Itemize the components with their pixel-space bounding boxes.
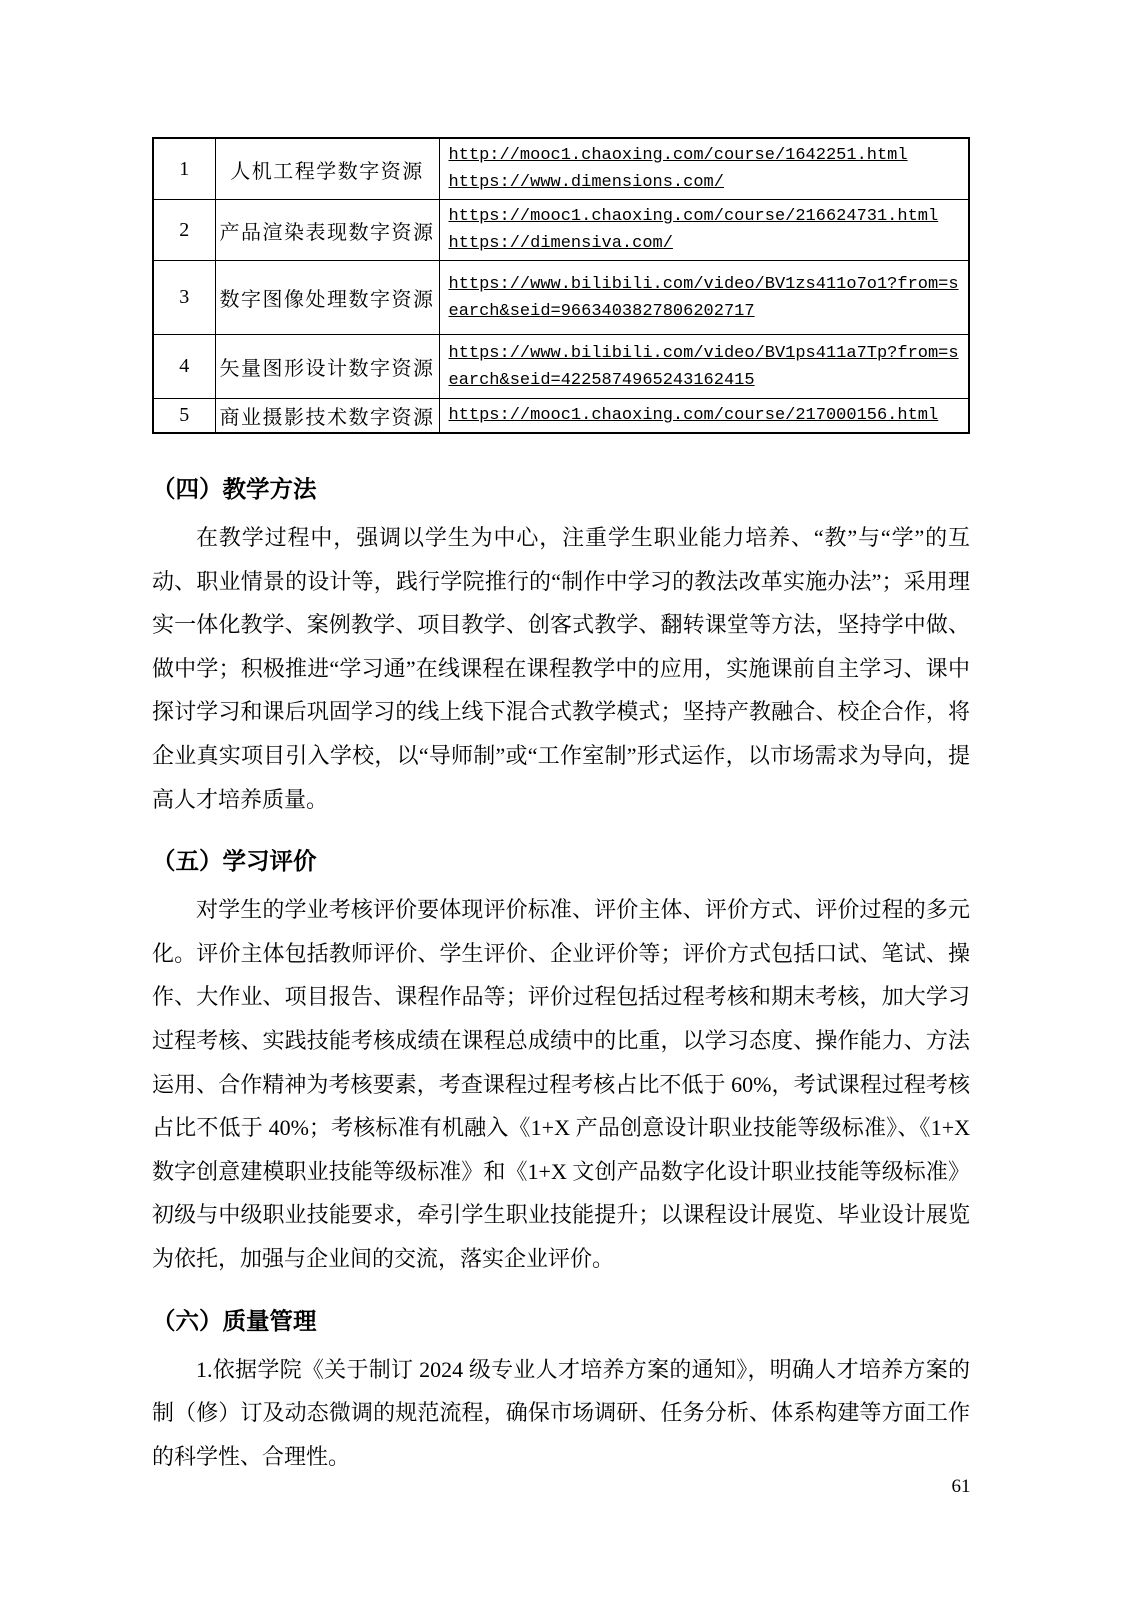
digital-resources-table: 1 人机工程学数字资源 http://mooc1.chaoxing.com/co… [152,137,970,434]
resource-url-link[interactable]: http://mooc1.chaoxing.com/course/1642251… [449,142,963,169]
section-heading: （四）教学方法 [152,473,970,505]
table-row: 3 数字图像处理数字资源 https://www.bilibili.com/vi… [153,261,969,335]
table-row: 5 商业摄影技术数字资源 https://mooc1.chaoxing.com/… [153,399,969,434]
resource-url-link[interactable]: https://mooc1.chaoxing.com/course/216624… [449,203,963,230]
section-heading: （五）学习评价 [152,845,970,877]
section-heading: （六）质量管理 [152,1305,970,1337]
resource-name-cell: 人机工程学数字资源 [215,138,439,200]
resource-url-link[interactable]: https://www.dimensions.com/ [449,169,963,196]
resource-url-link[interactable]: https://www.bilibili.com/video/BV1zs411o… [449,271,963,325]
resource-url-cell: https://www.bilibili.com/video/BV1zs411o… [439,261,969,335]
table-row: 1 人机工程学数字资源 http://mooc1.chaoxing.com/co… [153,138,969,200]
document-content: 1 人机工程学数字资源 http://mooc1.chaoxing.com/co… [152,137,970,1478]
table-row: 2 产品渲染表现数字资源 https://mooc1.chaoxing.com/… [153,200,969,261]
resource-url-link[interactable]: https://dimensiva.com/ [449,230,963,257]
resource-url-cell: https://mooc1.chaoxing.com/course/217000… [439,399,969,434]
paragraph: 对学生的学业考核评价要体现评价标准、评价主体、评价方式、评价过程的多元化。评价主… [152,888,970,1280]
resource-name-cell: 产品渲染表现数字资源 [215,200,439,261]
table-row: 4 矢量图形设计数字资源 https://www.bilibili.com/vi… [153,335,969,399]
resource-url-cell: https://mooc1.chaoxing.com/course/216624… [439,200,969,261]
document-page: 1 人机工程学数字资源 http://mooc1.chaoxing.com/co… [0,0,1131,1600]
section-quality-management: （六）质量管理 1.依据学院《关于制订 2024 级专业人才培养方案的通知》，明… [152,1305,970,1479]
section-learning-evaluation: （五）学习评价 对学生的学业考核评价要体现评价标准、评价主体、评价方式、评价过程… [152,845,970,1280]
row-index-cell: 4 [153,335,215,399]
resource-url-link[interactable]: https://mooc1.chaoxing.com/course/217000… [449,402,963,429]
resource-name-cell: 商业摄影技术数字资源 [215,399,439,434]
page-number: 61 [941,1476,981,1498]
resource-url-cell: https://www.bilibili.com/video/BV1ps411a… [439,335,969,399]
resource-url-cell: http://mooc1.chaoxing.com/course/1642251… [439,138,969,200]
resource-name-cell: 数字图像处理数字资源 [215,261,439,335]
paragraph: 在教学过程中，强调以学生为中心，注重学生职业能力培养、“教”与“学”的互动、职业… [152,516,970,821]
row-index-cell: 1 [153,138,215,200]
row-index-cell: 3 [153,261,215,335]
resource-name-cell: 矢量图形设计数字资源 [215,335,439,399]
paragraph: 1.依据学院《关于制订 2024 级专业人才培养方案的通知》，明确人才培养方案的… [152,1348,970,1479]
row-index-cell: 2 [153,200,215,261]
section-teaching-methods: （四）教学方法 在教学过程中，强调以学生为中心，注重学生职业能力培养、“教”与“… [152,473,970,821]
resource-url-link[interactable]: https://www.bilibili.com/video/BV1ps411a… [449,340,963,394]
row-index-cell: 5 [153,399,215,434]
